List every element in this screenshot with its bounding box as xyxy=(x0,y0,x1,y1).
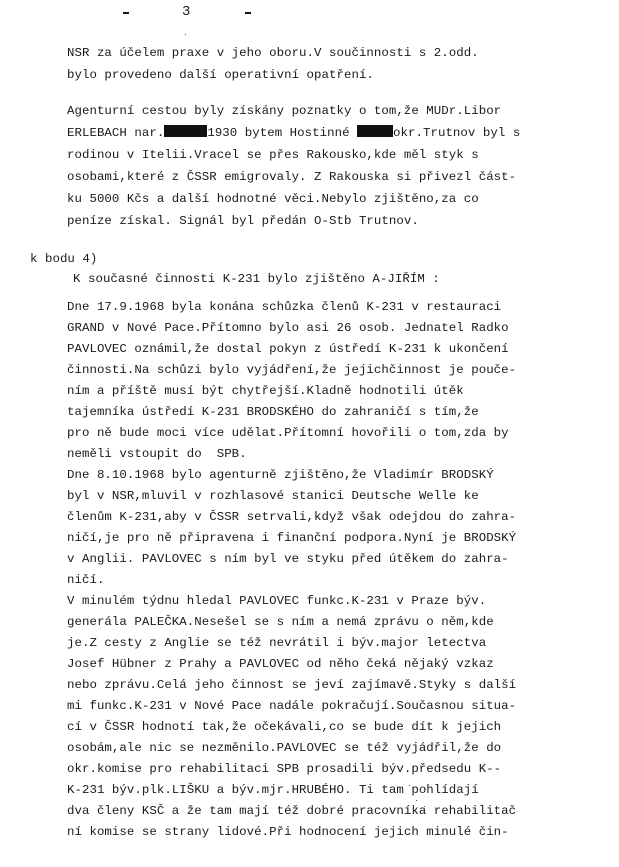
text-line: činnosti.Na schůzi bylo vyjádření,že jej… xyxy=(67,361,516,379)
text-line: cí v ČSSR hodnotí tak,že očekávali,co se… xyxy=(67,718,501,736)
text-line: osobám,ale nic se nezměnilo.PAVLOVEC se … xyxy=(67,739,501,757)
text-segment: ERLEBACH nar. xyxy=(67,126,164,140)
page-header: 3 xyxy=(0,2,619,22)
text-line: v Anglii. PAVLOVEC s ním byl ve styku př… xyxy=(67,550,509,568)
text-line: ní komise se strany lidové.Při hodnocení… xyxy=(67,823,509,841)
text-line: mi funkc.K-231 v Nové Pace nadále pokrač… xyxy=(67,697,516,715)
scan-speck xyxy=(409,785,410,786)
page-number: 3 xyxy=(182,4,190,20)
header-dash-left xyxy=(123,12,129,14)
text-line: ničí,je pro ně připravena i finanční pod… xyxy=(67,529,516,547)
text-line: NSR za účelem praxe v jeho oboru.V souči… xyxy=(67,44,479,62)
text-line: pro ně bude moci více udělat.Přítomní ho… xyxy=(67,424,509,442)
text-line: PAVLOVEC oznámil,že dostal pokyn z ústře… xyxy=(67,340,509,358)
scan-speck xyxy=(420,790,421,791)
text-line: peníze získal. Signál byl předán O-Stb T… xyxy=(67,212,419,230)
text-line: rodinou v Itelii.Vracel se přes Rakousko… xyxy=(67,146,479,164)
scan-speck xyxy=(185,34,186,35)
text-line: nebo zprávu.Celá jeho činnost se jeví za… xyxy=(67,676,516,694)
text-line: ničí. xyxy=(67,571,104,589)
document-page: 3 NSR za účelem praxe v jeho oboru.V sou… xyxy=(0,0,619,867)
text-line: V minulém týdnu hledal PAVLOVEC funkc.K-… xyxy=(67,592,486,610)
text-line: je.Z cesty z Anglie se též nevrátil i bý… xyxy=(67,634,486,652)
text-line-with-redactions: ERLEBACH nar.1930 bytem Hostinné okr.Tru… xyxy=(67,124,520,142)
text-line: tajemníka ústředí K-231 BRODSKÉHO do zah… xyxy=(67,403,479,421)
scan-speck xyxy=(416,800,417,801)
text-line: dva členy KSČ a že tam mají též dobré pr… xyxy=(67,802,516,820)
text-line: Dne 8.10.1968 bylo agenturně zjištěno,že… xyxy=(67,466,494,484)
redaction-bar xyxy=(164,125,207,137)
section-intro: K současné činnosti K-231 bylo zjištěno … xyxy=(73,270,440,288)
section-heading: k bodu 4) xyxy=(30,250,97,268)
text-segment: okr.Trutnov byl s xyxy=(393,126,520,140)
text-line: ním a příště musí být chytřejší.Kladně h… xyxy=(67,382,464,400)
text-line: K-231 býv.plk.LIŠKU a býv.mjr.HRUBÉHO. T… xyxy=(67,781,479,799)
scan-speck xyxy=(424,806,425,807)
text-segment: 1930 bytem Hostinné xyxy=(207,126,357,140)
text-line: bylo provedeno další operativní opatření… xyxy=(67,66,374,84)
text-line: Dne 17.9.1968 byla konána schůzka členů … xyxy=(67,298,501,316)
text-line: generála PALEČKA.Nesešel se s ním a nemá… xyxy=(67,613,494,631)
text-line: osobami,které z ČSSR emigrovaly. Z Rakou… xyxy=(67,168,516,186)
text-line: okr.komise pro rehabilitaci SPB prosadil… xyxy=(67,760,501,778)
text-line: Josef Hübner z Prahy a PAVLOVEC od něho … xyxy=(67,655,494,673)
text-line: Agenturní cestou byly získány poznatky o… xyxy=(67,102,501,120)
text-line: ku 5000 Kčs a další hodnotné věci.Nebylo… xyxy=(67,190,479,208)
header-dash-right xyxy=(245,12,251,14)
text-line: GRAND v Nové Pace.Přítomno bylo asi 26 o… xyxy=(67,319,509,337)
redaction-bar xyxy=(357,125,393,137)
text-line: členům K-231,aby v ČSSR setrvali,když vš… xyxy=(67,508,516,526)
text-line: neměli vstoupit do SPB. xyxy=(67,445,247,463)
text-line: byl v NSR,mluvil v rozhlasové stanici De… xyxy=(67,487,479,505)
